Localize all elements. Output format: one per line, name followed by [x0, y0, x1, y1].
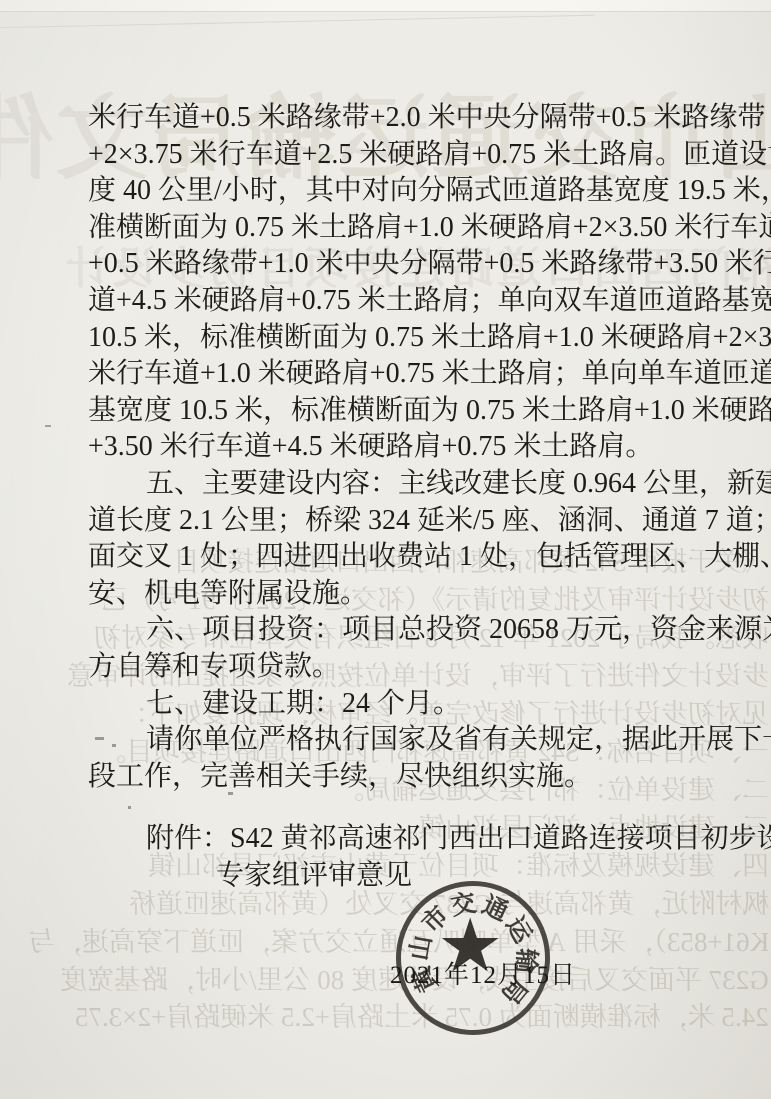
body-line: 方自筹和专项贷款。 [88, 649, 724, 686]
document-date: 2021年12月15日 [390, 961, 576, 991]
seal-ring-text: 黄山市交通运输局 [387, 872, 559, 1044]
body-line: 基宽度 10.5 米，标准横断面为 0.75 米土路肩+1.0 米硬路肩 [88, 393, 724, 430]
body-line: 道+4.5 米硬路肩+0.75 米土路肩；单向双车道匝道路基宽度 [88, 283, 724, 320]
body-line: 道长度 2.1 公里；桥梁 324 延米/5 座、涵洞、通道 7 道；平 [88, 503, 724, 540]
body-line: 准横断面为 0.75 米土路肩+1.0 米硬路肩+2×3.50 米行车道 [88, 210, 724, 247]
scanned-page: 黄山市交通运输局文件 祁门西出口道路连接项目初步设计 《关于报审 S42 黄祁高… [0, 0, 771, 1099]
body-line: 米行车道+1.0 米硬路肩+0.75 米土路肩；单向单车道匝道路 [88, 356, 724, 393]
scan-top-edge [0, 0, 771, 12]
body-line-item-5: 五、主要建设内容：主线改建长度 0.964 公里，新建匝 [88, 466, 724, 503]
official-seal: ★ 黄山市交通运输局 [396, 881, 550, 1035]
body-line: 度 40 公里/小时，其中对向分隔式匝道路基宽度 19.5 米，标 [88, 173, 724, 210]
seal-ring-char: 市 [412, 897, 455, 940]
body-line: +0.5 米路缘带+1.0 米中央分隔带+0.5 米路缘带+3.50 米行车 [88, 246, 724, 283]
scan-artifact [0, 15, 594, 29]
attachment-line: 附件：S42 黄祁高速祁门西出口道路连接项目初步设计 [88, 821, 724, 858]
letter-body: 米行车道+0.5 米路缘带+2.0 米中央分隔带+0.5 米路缘带 +2×3.7… [88, 100, 724, 894]
body-line: 面交叉 1 处；四进四出收费站 1 处，包括管理区、大棚、交 [88, 539, 724, 576]
body-line: 安、机电等附属设施。 [88, 576, 724, 613]
body-line: 米行车道+0.5 米路缘带+2.0 米中央分隔带+0.5 米路缘带 [88, 100, 724, 137]
body-line: 请你单位严格执行国家及省有关规定，据此开展下一阶 [88, 722, 724, 759]
body-line-item-7: 七、建设工期：24 个月。 [88, 686, 724, 723]
body-line: +2×3.75 米行车道+2.5 米硬路肩+0.75 米土路肩。匝道设计速 [88, 137, 724, 174]
seal-ring-char: 山 [399, 932, 439, 963]
body-line: +3.50 米行车道+4.5 米硬路肩+0.75 米土路肩。 [88, 429, 724, 466]
body-line: 段工作，完善相关手续，尽快组织实施。 [88, 759, 724, 796]
seal-ring-char: 交 [448, 883, 479, 923]
scan-artifact [45, 425, 51, 427]
body-line-item-6: 六、项目投资：项目总投资 20658 万元，资金来源为地 [88, 612, 724, 649]
body-line: 10.5 米，标准横断面为 0.75 米土路肩+1.0 米硬路肩+2×3.50 [88, 320, 724, 357]
